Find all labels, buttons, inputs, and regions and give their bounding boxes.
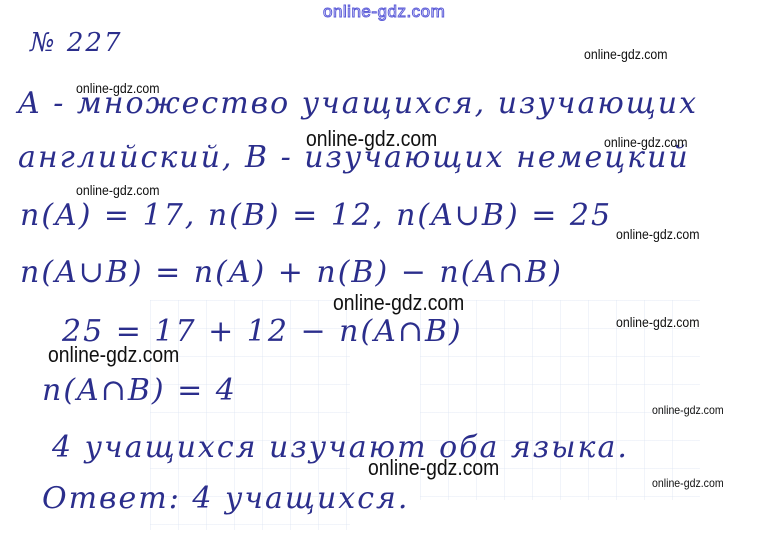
watermark: online-gdz.com	[76, 80, 160, 96]
watermark: online-gdz.com	[616, 314, 700, 330]
watermark: online-gdz.com	[604, 134, 688, 150]
problem-number: № 227	[30, 28, 123, 58]
watermark: online-gdz.com	[652, 403, 724, 417]
watermark-top: online-gdz.com	[323, 2, 445, 22]
watermark: online-gdz.com	[584, 46, 668, 62]
worksheet-page: online-gdz.com № 227 A - множество учащи…	[0, 0, 768, 542]
watermark: online-gdz.com	[616, 226, 700, 242]
solution-line-3: n(A) = 17, n(B) = 12, n(A∪B) = 25	[20, 198, 612, 233]
conclusion-line: 4 учащихся изучают оба языка.	[52, 430, 629, 465]
solution-line-6: n(A∩B) = 4	[42, 373, 237, 408]
watermark: online-gdz.com	[333, 290, 464, 316]
watermark: online-gdz.com	[652, 476, 724, 490]
answer-line: Ответ: 4 учащихся.	[42, 481, 409, 516]
watermark: online-gdz.com	[368, 455, 499, 481]
watermark: online-gdz.com	[306, 126, 437, 152]
watermark: online-gdz.com	[76, 182, 160, 198]
watermark: online-gdz.com	[48, 342, 179, 368]
solution-line-4: n(A∪B) = n(A) + n(B) − n(A∩B)	[20, 255, 563, 290]
